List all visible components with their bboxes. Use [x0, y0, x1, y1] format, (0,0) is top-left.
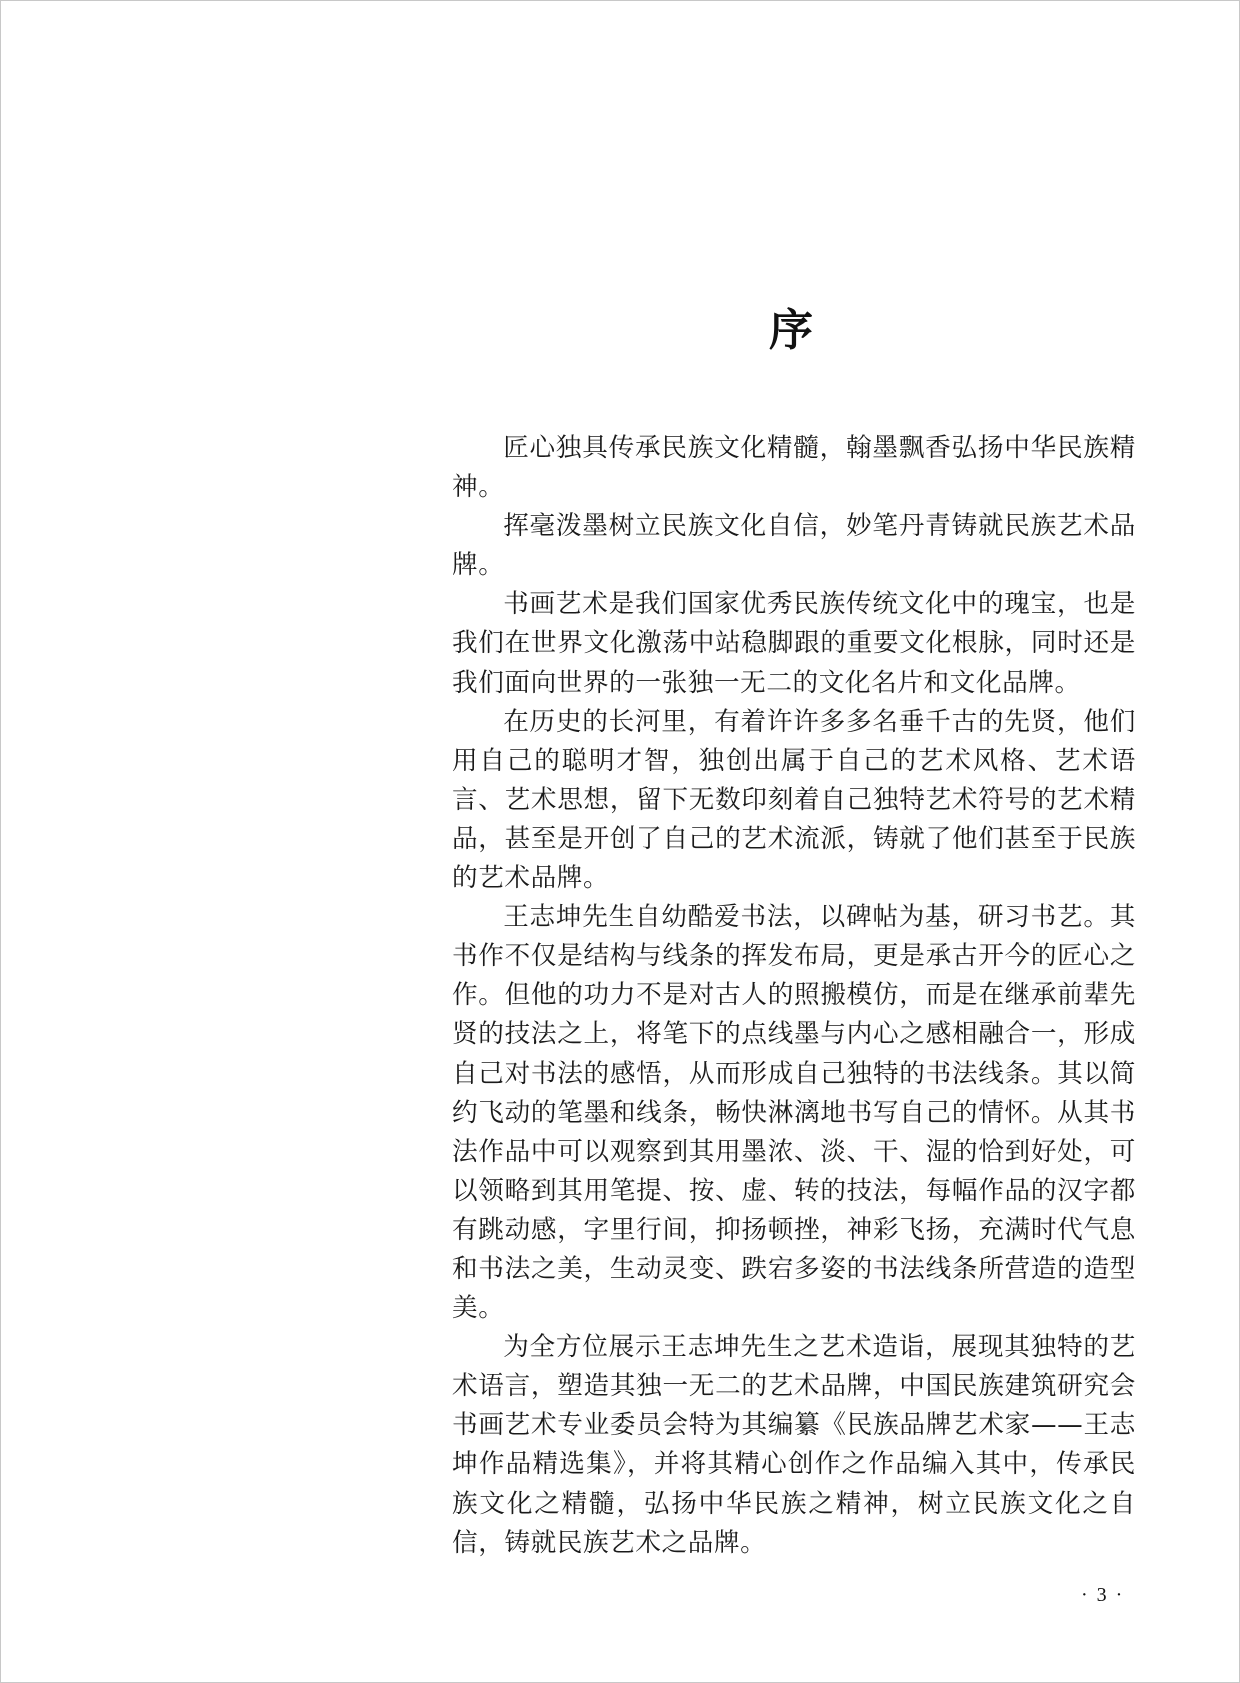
paragraph: 挥毫泼墨树立民族文化自信，妙笔丹青铸就民族艺术品牌。	[452, 507, 1136, 585]
paragraph: 匠心独具传承民族文化精髓，翰墨飘香弘扬中华民族精神。	[452, 429, 1136, 507]
paragraph: 在历史的长河里，有着许许多多名垂千古的先贤，他们用自己的聪明才智，独创出属于自己…	[452, 703, 1136, 898]
preface-body: 匠心独具传承民族文化精髓，翰墨飘香弘扬中华民族精神。 挥毫泼墨树立民族文化自信，…	[452, 429, 1136, 1563]
document-page: 序 匠心独具传承民族文化精髓，翰墨飘香弘扬中华民族精神。 挥毫泼墨树立民族文化自…	[0, 0, 1240, 1683]
paragraph: 为全方位展示王志坤先生之艺术造诣，展现其独特的艺术语言，塑造其独一无二的艺术品牌…	[452, 1328, 1136, 1563]
paragraph: 王志坤先生自幼酷爱书法，以碑帖为基，研习书艺。其书作不仅是结构与线条的挥发布局，…	[452, 898, 1136, 1328]
paragraph: 书画艺术是我们国家优秀民族传统文化中的瑰宝，也是我们在世界文化激荡中站稳脚跟的重…	[452, 585, 1136, 702]
page-title: 序	[1, 301, 1240, 361]
page-number: · 3 ·	[1081, 1583, 1124, 1607]
